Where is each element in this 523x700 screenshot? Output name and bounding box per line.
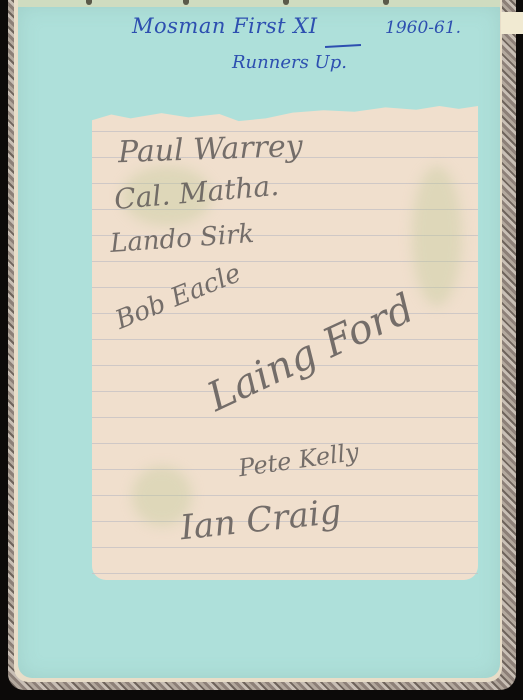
strip-notch <box>383 0 389 5</box>
strip-notch <box>86 0 92 5</box>
heading-season: 1960-61. <box>385 18 461 38</box>
page-top-strip <box>18 0 500 7</box>
side-tab <box>501 12 523 34</box>
strip-notch <box>283 0 289 5</box>
strip-notch <box>183 0 189 5</box>
heading-title: Mosman First XI <box>132 14 318 38</box>
autograph-signature: Paul Warrey <box>117 129 303 170</box>
paper-stain <box>412 166 462 306</box>
heading-subtitle: Runners Up. <box>232 52 347 73</box>
